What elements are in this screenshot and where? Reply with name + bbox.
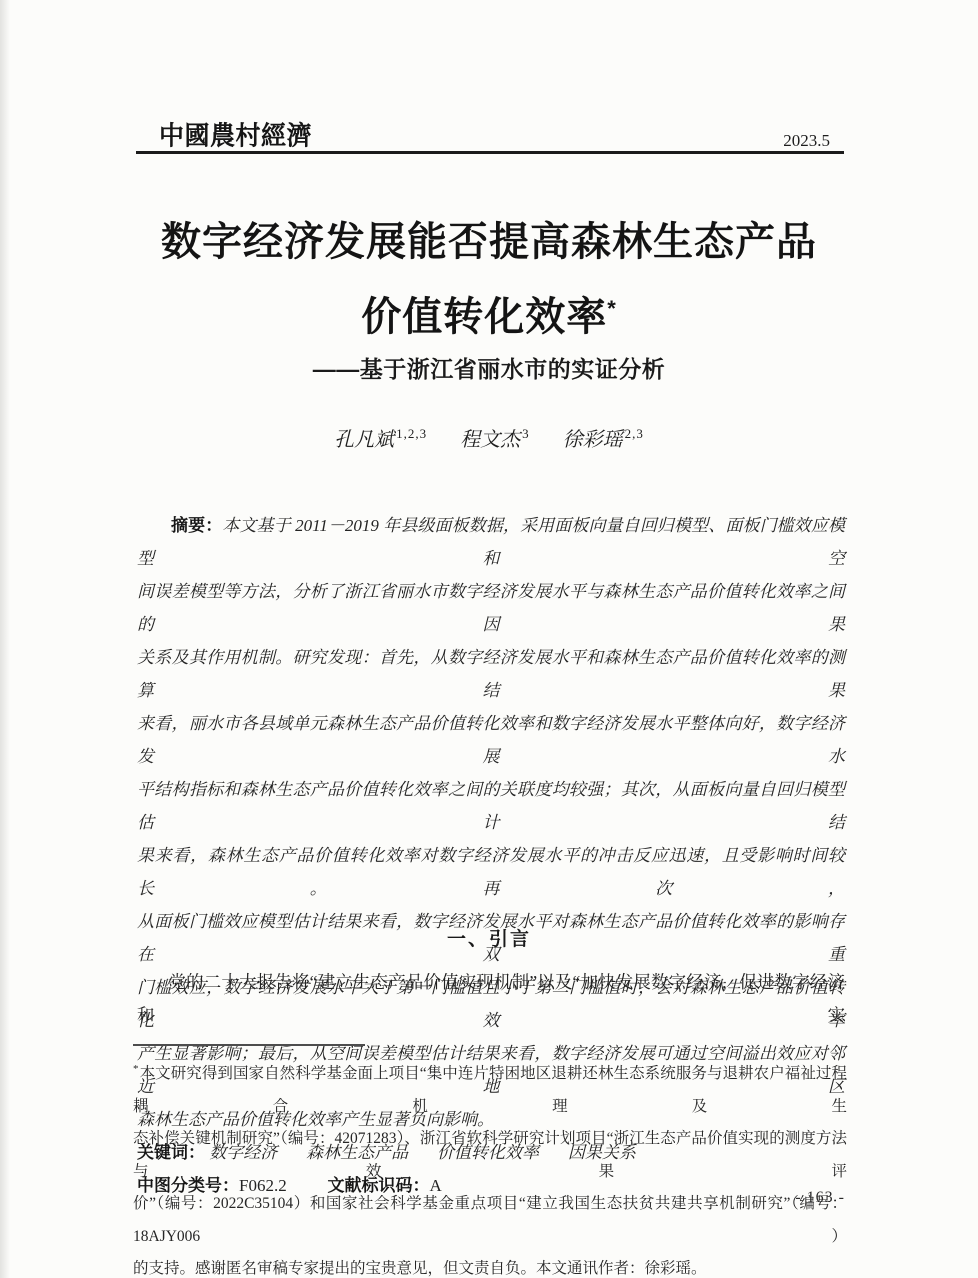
footnote-line: 态补偿关键机制研究”（编号：42071283）、浙江省软科学研究计划项目“浙江生… (133, 1123, 847, 1188)
author-1-name: 孔凡斌 (334, 429, 394, 451)
article-title-line-2-text: 价值转化效率 (361, 295, 607, 339)
abstract-label: 摘要： (171, 516, 222, 535)
footnote: *本文研究得到国家自然科学基金面上项目“集中连片特困地区退耕还林生态系统服务与退… (133, 1053, 847, 1278)
abstract-line: 摘要：本文基于 2011－2019 年县级面板数据，采用面板向量自回归模型、面板… (137, 509, 845, 575)
article-title-line-1: 数字经济发展能否提高森林生态产品 (0, 216, 978, 268)
author-2-name: 程文杰 (460, 429, 520, 451)
footnote-line: 价”（编号：2022C35104）和国家社会科学基金重点项目“建立我国生态扶贫共… (133, 1188, 847, 1253)
footnote-marker: * (133, 1063, 139, 1075)
footnote-line: 的支持。感谢匿名审稿专家提出的宝贵意见，但文责自负。本文通讯作者：徐彩瑶。 (133, 1253, 847, 1278)
header-rule (136, 151, 844, 154)
author-1-affiliation-superscript: 1,2,3 (396, 426, 427, 441)
paper-page: 中國農村經濟 2023.5 数字经济发展能否提高森林生态产品 价值转化效率* —… (0, 0, 978, 1278)
author-2-affiliation-superscript: 3 (522, 426, 530, 441)
authors-line: 孔凡斌1,2,3 程文杰3 徐彩瑶2,3 (0, 423, 978, 452)
footnote-divider (133, 1044, 365, 1046)
abstract-line-text: 本文基于 2011－2019 年县级面板数据，采用面板向量自回归模型、面板门槛效… (137, 516, 845, 568)
author-1: 孔凡斌1,2,3 (334, 429, 427, 451)
footnote-line: *本文研究得到国家自然科学基金面上项目“集中连片特困地区退耕还林生态系统服务与退… (133, 1053, 847, 1123)
journal-logo: 中國農村經濟 (159, 115, 312, 153)
abstract-line: 来看，丽水市各县域单元森林生态产品价值转化效率和数字经济发展水平整体向好，数字经… (137, 707, 845, 773)
article-title-line-2: 价值转化效率* (0, 283, 978, 343)
author-2: 程文杰3 (460, 429, 530, 451)
title-footnote-asterisk: * (607, 296, 617, 321)
body-paragraph: 党的二十大报告将“建立生态产品价值实现机制”以及“加快发展数字经济，促进数字经济… (137, 966, 845, 1032)
footnote-line-text: 本文研究得到国家自然科学基金面上项目“集中连片特困地区退耕还林生态系统服务与退耕… (133, 1065, 847, 1115)
abstract-line: 关系及其作用机制。研究发现：首先，从数字经济发展水平和森林生态产品价值转化效率的… (137, 641, 845, 707)
page-number: - 163 - (795, 1189, 845, 1207)
section-heading-introduction: 一、引言 (0, 924, 978, 951)
abstract-line: 间误差模型等方法，分析了浙江省丽水市数字经济发展水平与森林生态产品价值转化效率之… (137, 575, 845, 641)
abstract-line: 平结构指标和森林生态产品价值转化效率之间的关联度均较强；其次，从面板向量自回归模… (137, 773, 845, 839)
issue-label: 2023.5 (783, 131, 830, 151)
article-subtitle: ——基于浙江省丽水市的实证分析 (0, 351, 978, 384)
author-3-name: 徐彩瑶 (563, 429, 623, 451)
author-3-affiliation-superscript: 2,3 (625, 426, 644, 441)
author-3: 徐彩瑶2,3 (563, 429, 644, 451)
abstract-line: 果来看，森林生态产品价值转化效率对数字经济发展水平的冲击反应迅速，且受影响时间较… (137, 839, 845, 905)
